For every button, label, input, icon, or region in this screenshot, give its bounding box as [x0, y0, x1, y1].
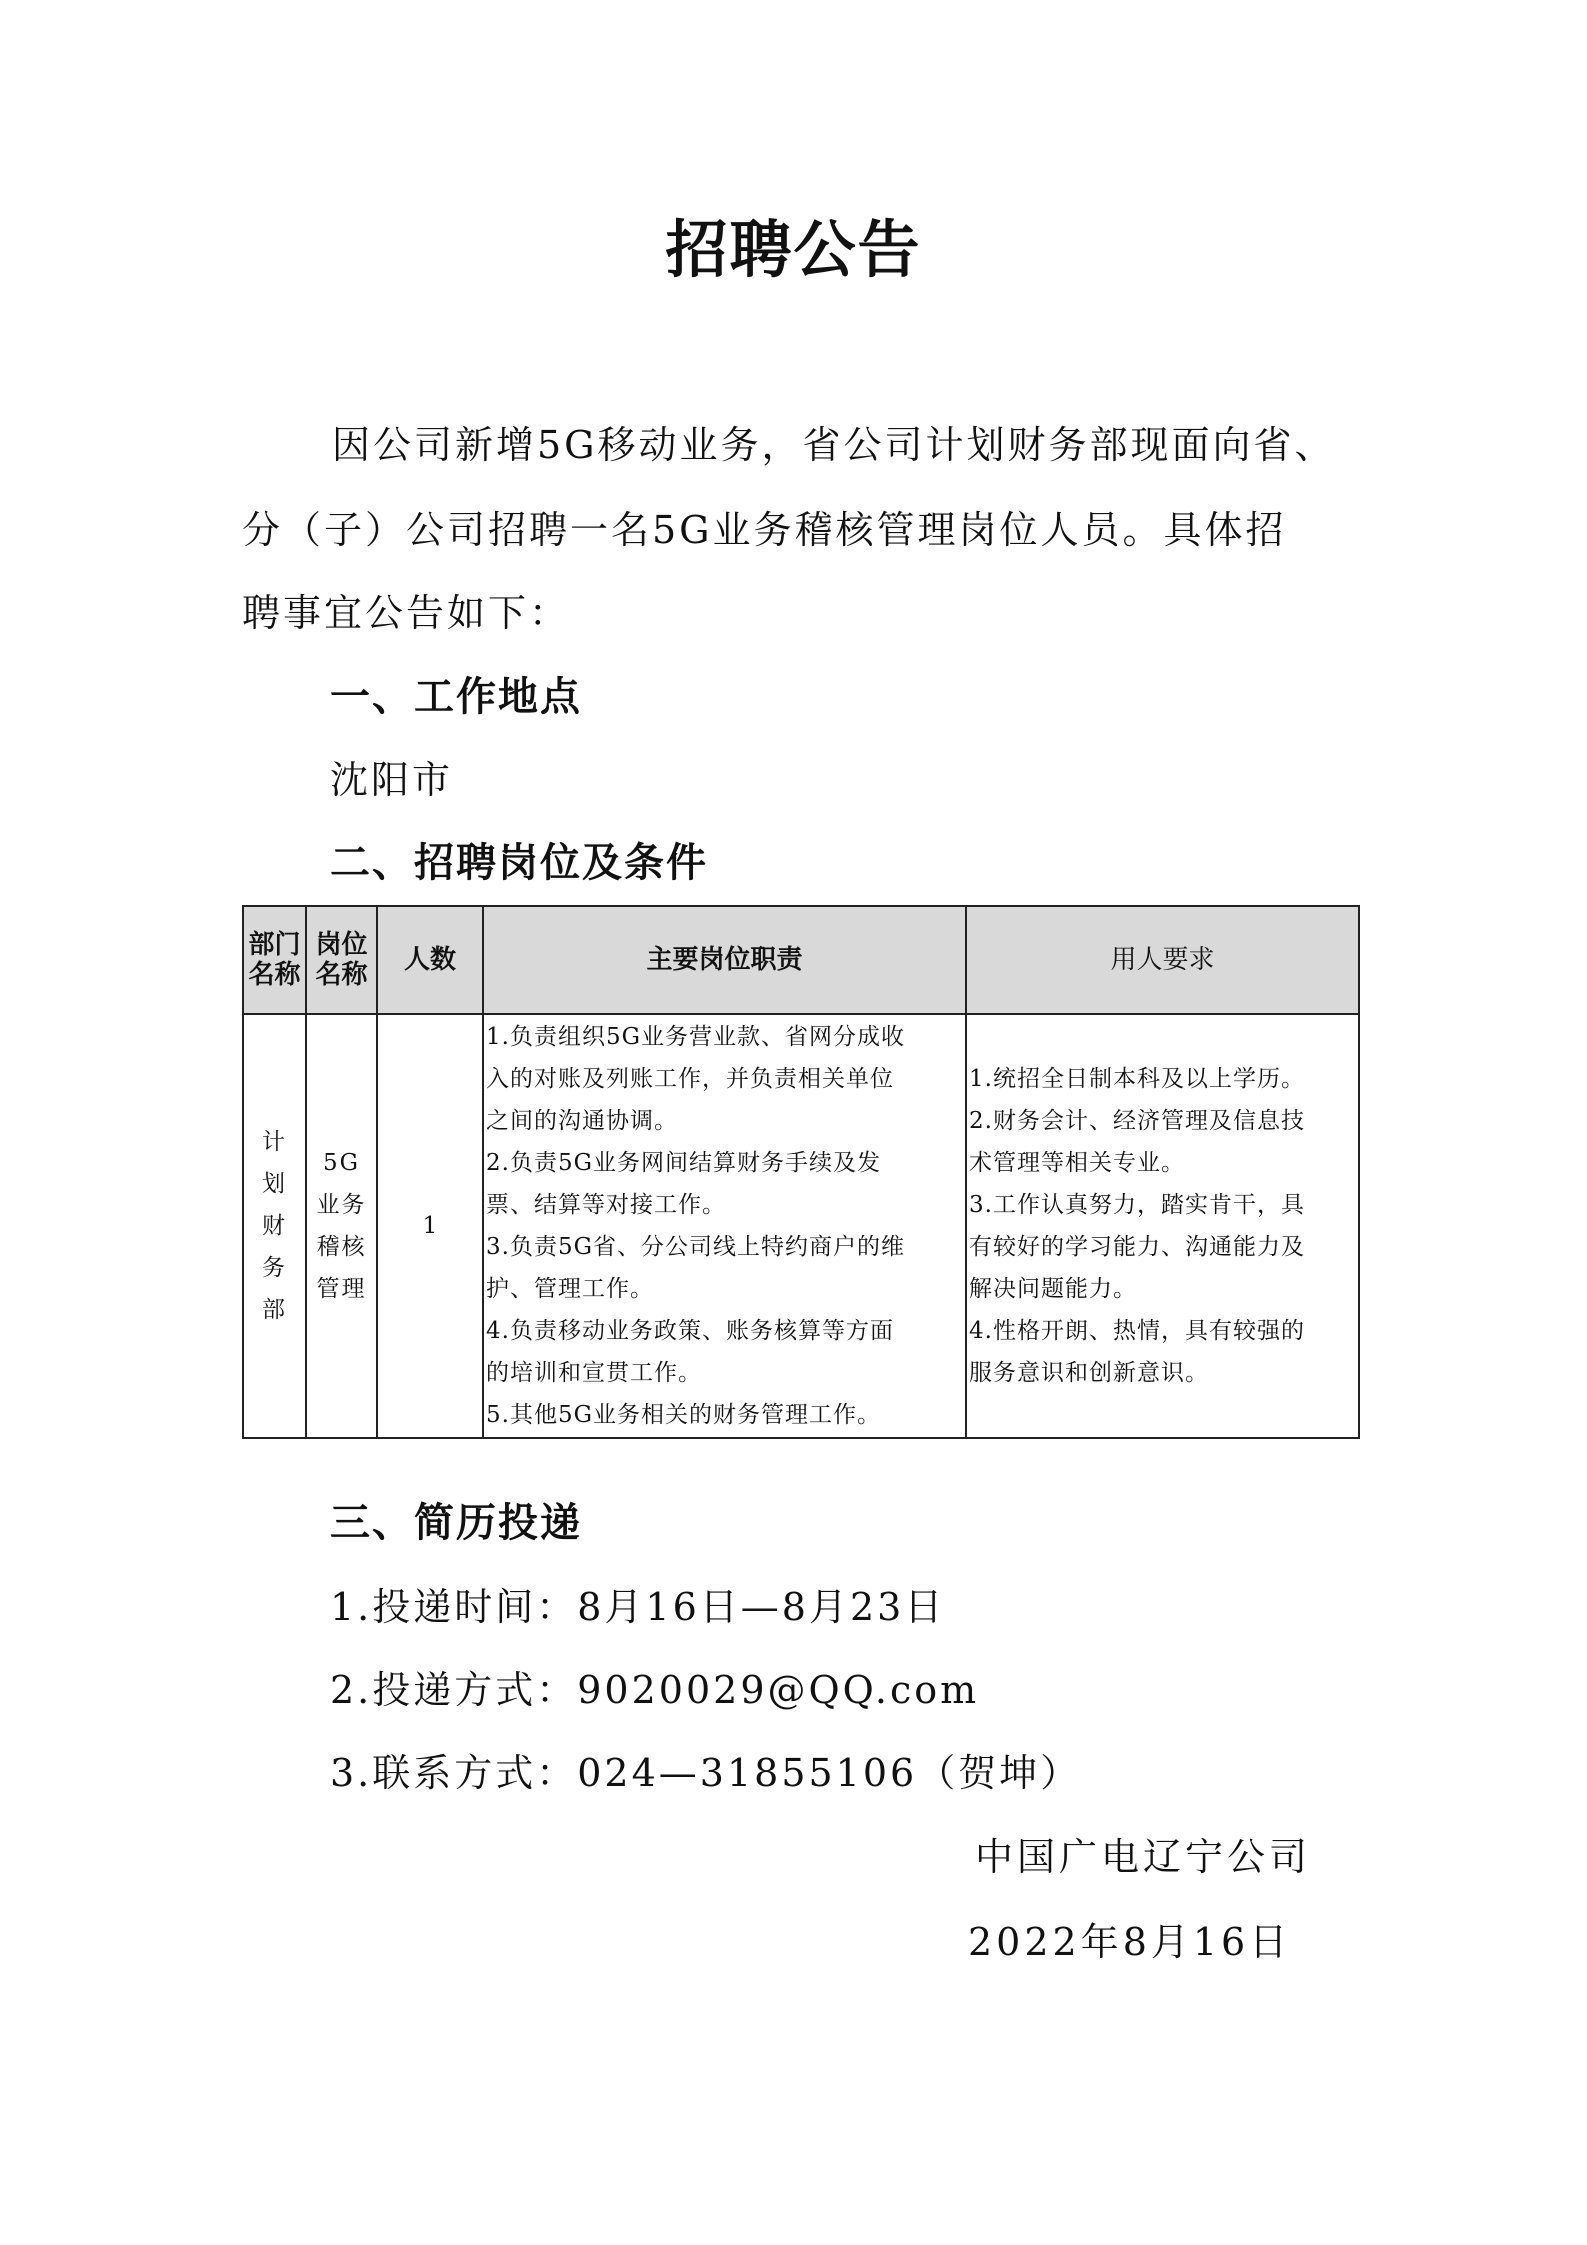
requirement-line: 4.性格开朗、热情，具有较强的	[969, 1310, 1356, 1352]
duty-line: 1.负责组织5G业务营业款、省网分成收	[486, 1016, 963, 1058]
intro-line-2: 分（子）公司招聘一名5G业务稽核管理岗位人员。具体招	[242, 505, 1287, 555]
requirement-line: 解决问题能力。	[969, 1268, 1356, 1310]
section-heading-positions: 二、招聘岗位及条件	[330, 838, 708, 888]
header-dept: 部门名称	[243, 906, 306, 1014]
section-heading-resume: 三、简历投递	[330, 1498, 582, 1548]
duty-line: 2.负责5G业务网间结算财务手续及发	[486, 1142, 963, 1184]
duty-line: 入的对账及列账工作，并负责相关单位	[486, 1058, 963, 1100]
requirement-line: 术管理等相关专业。	[969, 1142, 1356, 1184]
requirement-line: 1.统招全日制本科及以上学历。	[969, 1058, 1356, 1100]
resume-item-method: 2.投递方式：9020029@QQ.com	[330, 1665, 979, 1715]
requirement-line: 服务意识和创新意识。	[969, 1352, 1356, 1394]
table-header-row: 部门名称 岗位名称 人数 主要岗位职责 用人要求	[243, 906, 1359, 1014]
work-location: 沈阳市	[330, 755, 453, 805]
requirement-line: 2.财务会计、经济管理及信息技	[969, 1100, 1356, 1142]
resume-item-time: 1.投递时间：8月16日—8月23日	[330, 1582, 945, 1632]
cell-duties: 1.负责组织5G业务营业款、省网分成收 入的对账及列账工作，并负责相关单位 之间…	[483, 1014, 966, 1438]
positions-table: 部门名称 岗位名称 人数 主要岗位职责 用人要求 计划财务部 5G业务稽核管理 …	[242, 905, 1360, 1439]
document-title: 招聘公告	[0, 210, 1587, 290]
duty-line: 的培训和宣贯工作。	[486, 1352, 963, 1394]
header-duties: 主要岗位职责	[483, 906, 966, 1014]
cell-position: 5G业务稽核管理	[306, 1014, 377, 1438]
duty-line: 3.负责5G省、分公司线上特约商户的维	[486, 1226, 963, 1268]
cell-requirements: 1.统招全日制本科及以上学历。 2.财务会计、经济管理及信息技 术管理等相关专业…	[966, 1014, 1359, 1438]
duty-line: 票、结算等对接工作。	[486, 1184, 963, 1226]
section-heading-location: 一、工作地点	[330, 672, 582, 722]
intro-line-3: 聘事宜公告如下：	[242, 588, 570, 638]
requirement-line: 3.工作认真努力，踏实肯干，具	[969, 1184, 1356, 1226]
header-requirements: 用人要求	[966, 906, 1359, 1014]
signature-organization: 中国广电辽宁公司	[975, 1832, 1311, 1882]
cell-dept: 计划财务部	[243, 1014, 306, 1438]
signature-date: 2022年8月16日	[968, 1917, 1291, 1967]
header-position: 岗位名称	[306, 906, 377, 1014]
duty-line: 之间的沟通协调。	[486, 1100, 963, 1142]
duty-line: 护、管理工作。	[486, 1268, 963, 1310]
requirement-line: 有较好的学习能力、沟通能力及	[969, 1226, 1356, 1268]
duty-line: 4.负责移动业务政策、账务核算等方面	[486, 1310, 963, 1352]
table-row: 计划财务部 5G业务稽核管理 1 1.负责组织5G业务营业款、省网分成收 入的对…	[243, 1014, 1359, 1438]
resume-item-contact: 3.联系方式：024—31855106（贺坤）	[330, 1748, 1081, 1798]
cell-count: 1	[377, 1014, 483, 1438]
intro-line-1: 因公司新增5G移动业务，省公司计划财务部现面向省、	[332, 420, 1336, 470]
duty-line: 5.其他5G业务相关的财务管理工作。	[486, 1394, 963, 1436]
header-count: 人数	[377, 906, 483, 1014]
